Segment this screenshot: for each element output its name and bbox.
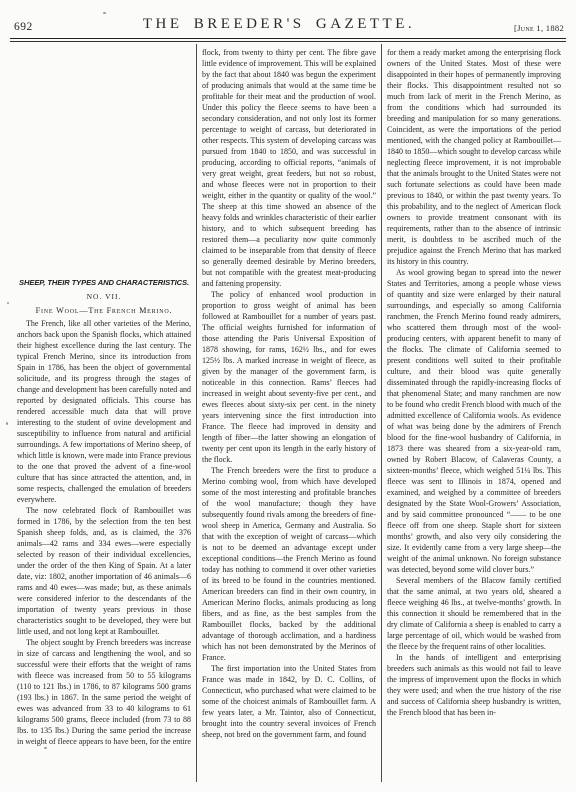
scan-speck: [44, 747, 47, 749]
article-paragraph: In the hands of intelligent and enterpri…: [387, 652, 561, 718]
article-title: SHEEP, THEIR TYPES AND CHARACTERISTICS.: [17, 277, 191, 288]
article-paragraph: The now celebrated flock of Rambouillet …: [17, 505, 191, 637]
blank-space: [17, 47, 191, 277]
article-series-number: NO. VII.: [17, 291, 191, 302]
newspaper-page: 692 THE BREEDER'S GAZETTE. [June 1, 1882…: [0, 0, 576, 792]
article-paragraph-continued: flock, from twenty to thirty per cent. T…: [202, 47, 376, 289]
scan-speck: [6, 422, 8, 425]
page-header: 692 THE BREEDER'S GAZETTE. [June 1, 1882: [0, 0, 576, 38]
column-middle: flock, from twenty to thirty per cent. T…: [196, 44, 382, 782]
article-paragraph: The policy of enhanced wool production i…: [202, 289, 376, 465]
article-paragraph: Several members of the Blacow family cer…: [387, 575, 561, 652]
page-number: 692: [14, 21, 84, 33]
article-columns: SHEEP, THEIR TYPES AND CHARACTERISTICS. …: [0, 42, 576, 782]
article-paragraph: The French breeders were the first to pr…: [202, 465, 376, 663]
article-paragraph: The object sought by French breeders was…: [17, 637, 191, 747]
issue-date: [June 1, 1882: [474, 23, 564, 33]
article-subtitle: Fine Wool—The French Merino.: [17, 305, 191, 316]
masthead-title: THE BREEDER'S GAZETTE.: [84, 16, 474, 33]
article-paragraph-continued: for them a ready market among the enterp…: [387, 47, 561, 267]
article-paragraph: As wool growing began to spread into the…: [387, 267, 561, 575]
column-left: SHEEP, THEIR TYPES AND CHARACTERISTICS. …: [12, 44, 196, 782]
column-right: for them a ready market among the enterp…: [382, 44, 566, 782]
scan-speck: [103, 12, 106, 14]
article-paragraph: The first importation into the United St…: [202, 663, 376, 740]
scan-speck: [7, 302, 9, 304]
article-paragraph: The French, like all other varieties of …: [17, 318, 191, 505]
